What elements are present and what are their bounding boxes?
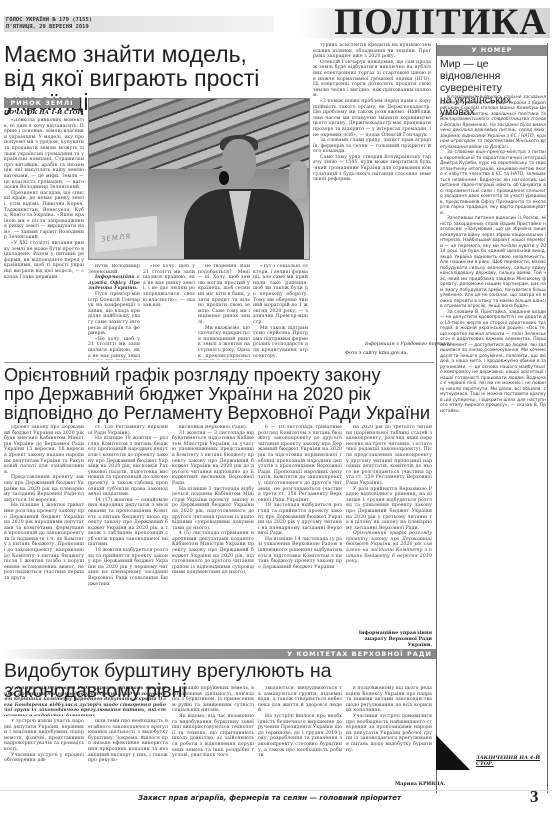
page-number: 3	[530, 787, 539, 807]
article1-photo-source: Фото з сайту kmu.gov.ua.	[345, 351, 408, 356]
article3-col2: шли теми про необхідність негайного зако…	[88, 719, 168, 789]
article1-photo[interactable]: ЗЕМЛЯ	[88, 98, 310, 260]
article1-col3: «Не хочу, щоб у 21 столітті ми залишалис…	[143, 264, 195, 360]
article3-rubric: У КОМІТЕТАХ ВЕРХОВНОЇ РАДИ	[4, 649, 436, 659]
newspaper-page: ГОЛОС УКРАЇНИ № 179 (7155) П'ЯТНИЦЯ, 20 …	[0, 0, 552, 817]
masthead-issue: ГОЛОС УКРАЇНИ № 179 (7155)	[6, 17, 272, 24]
photo-speaker-hand	[289, 161, 307, 199]
masthead-date: П'ЯТНИЦЯ, 20 ВЕРЕСНЯ 2019	[6, 24, 272, 31]
microphone-icon	[219, 171, 229, 185]
article2-col3: висновків Верховної Ради). 31 жовтня — 3…	[172, 425, 254, 645]
article3-col5: в поздовженому від цього редакцією Кодек…	[346, 686, 432, 781]
divider	[4, 362, 434, 363]
article2-col2: ст. 156 Регламенту Верховної Ради Україн…	[88, 425, 168, 645]
article1-kicker: ПОЧАТОК НА 1-Й СТОР.	[4, 110, 83, 116]
article3-col1: У зустрічі взяли участь народні депутати…	[4, 719, 84, 789]
sidebar-continue-link[interactable]: ЗАКІНЧЕННЯ НА 4-Й СТОР.	[476, 755, 552, 767]
article1-col2: нутів Володимир Зеленський. Інформаційна…	[88, 264, 140, 360]
article2-headline[interactable]: Орієнтовний графік розгляду проекту зако…	[4, 366, 444, 423]
article1-col4: не творення. Вам подобається? Мені — ні.…	[198, 264, 250, 360]
masthead: ГОЛОС УКРАЇНИ № 179 (7155) П'ЯТНИЦЯ, 20 …	[4, 16, 274, 32]
article2-col1: Проект закону про Державний бюджет Украї…	[4, 425, 84, 645]
article1-col1: «Довкола ринкових моментів, ні днів я хо…	[4, 118, 84, 358]
footer-slogan: Захист прав аграріїв, фермерів та селян …	[138, 793, 401, 802]
article2-source: Інформаційне управління апарату Верховно…	[350, 630, 432, 648]
article3-col3: тивацію порушених земель, виправлення ді…	[172, 686, 254, 789]
section-title: ПОЛІТИКА	[300, 8, 550, 38]
article2-col5: на 2020 рік до третього читання (порівня…	[346, 425, 432, 630]
article2-col4: 6 — 10 листопада триватиме розгляд Коміт…	[258, 425, 342, 645]
photo-ceiling	[89, 99, 309, 169]
article3-col4: змідаються, вибруднюються та заміщуються…	[258, 686, 342, 789]
sidebar-rubric: У НОМЕР	[437, 45, 547, 56]
article1-col6: турних асистентів кредитів на купівлю зе…	[313, 43, 431, 341]
article3-lead: У Комітеті Верховної Ради України з пита…	[4, 686, 166, 716]
article1-rubric: РИНОК ЗЕМЛІ	[4, 98, 80, 108]
sidebar-body: У парламенті відбулось спільне засідання…	[440, 95, 546, 735]
article1-col5: «Тут і соціальні сектори, і великі форма…	[253, 264, 308, 360]
